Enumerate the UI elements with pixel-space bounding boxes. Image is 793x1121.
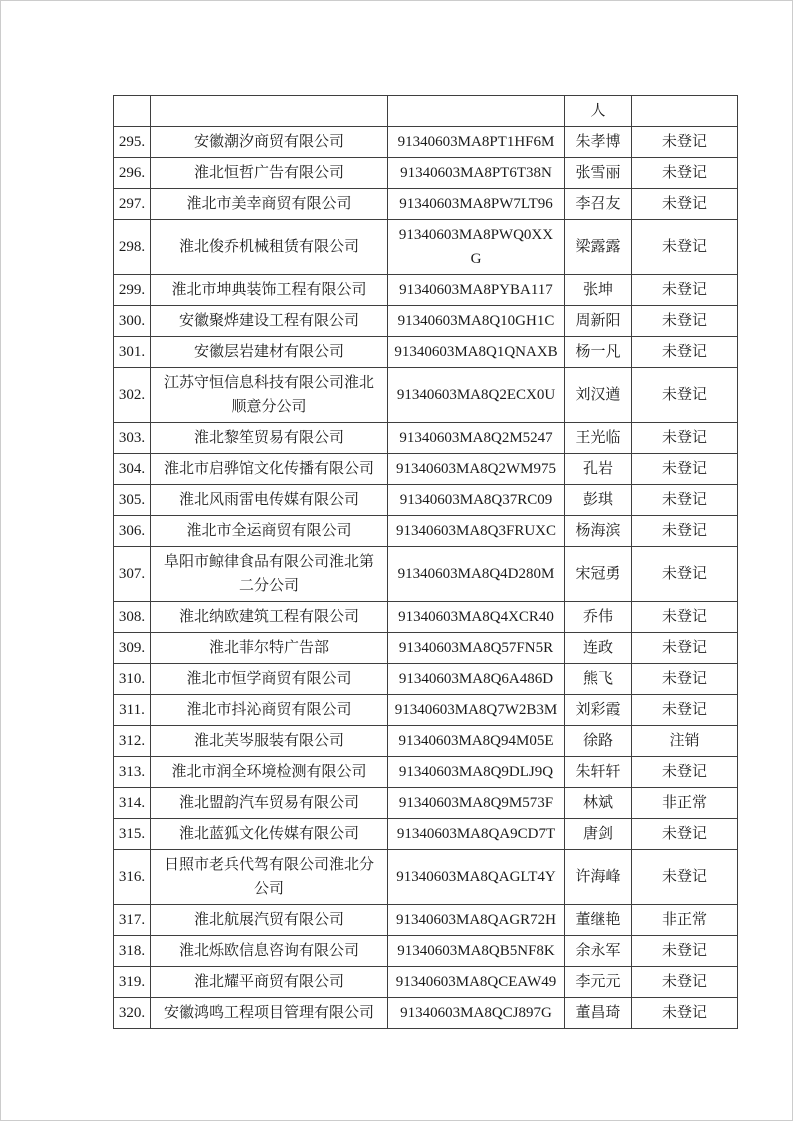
- registration-status: 非正常: [632, 788, 738, 819]
- table-row: 312. 淮北芙岑服装有限公司 91340603MA8Q94M05E 徐路 注销: [114, 726, 738, 757]
- row-number: 300.: [114, 306, 151, 337]
- legal-representative: 董昌琦: [565, 998, 632, 1029]
- row-number: 312.: [114, 726, 151, 757]
- document-page: 人 295. 安徽潮汐商贸有限公司 91340603MA8PT1HF6M 朱孝博…: [0, 0, 793, 1121]
- company-name: 淮北风雨雷电传媒有限公司: [151, 485, 388, 516]
- row-number: 296.: [114, 158, 151, 189]
- table-row: 304. 淮北市启骅馆文化传播有限公司 91340603MA8Q2WM975 孔…: [114, 454, 738, 485]
- table-row: 318. 淮北烁欧信息咨询有限公司 91340603MA8QB5NF8K 余永军…: [114, 936, 738, 967]
- row-number: 305.: [114, 485, 151, 516]
- registration-status: 未登记: [632, 695, 738, 726]
- header-cell-number: [114, 96, 151, 127]
- table-row: 300. 安徽聚烨建设工程有限公司 91340603MA8Q10GH1C 周新阳…: [114, 306, 738, 337]
- legal-representative: 周新阳: [565, 306, 632, 337]
- table-row: 315. 淮北蓝狐文化传媒有限公司 91340603MA8QA9CD7T 唐剑 …: [114, 819, 738, 850]
- registration-status: 未登记: [632, 158, 738, 189]
- company-name: 安徽层岩建材有限公司: [151, 337, 388, 368]
- header-cell-status: [632, 96, 738, 127]
- table-row: 299. 淮北市坤典装饰工程有限公司 91340603MA8PYBA117 张坤…: [114, 275, 738, 306]
- registration-status: 未登记: [632, 337, 738, 368]
- table-row: 311. 淮北市抖沁商贸有限公司 91340603MA8Q7W2B3M 刘彩霞 …: [114, 695, 738, 726]
- company-name: 淮北市美幸商贸有限公司: [151, 189, 388, 220]
- row-number: 301.: [114, 337, 151, 368]
- row-number: 302.: [114, 368, 151, 423]
- registration-status: 未登记: [632, 220, 738, 275]
- row-number: 297.: [114, 189, 151, 220]
- table-row: 319. 淮北耀平商贸有限公司 91340603MA8QCEAW49 李元元 未…: [114, 967, 738, 998]
- legal-representative: 余永军: [565, 936, 632, 967]
- credit-code: 91340603MA8QA9CD7T: [388, 819, 565, 850]
- row-number: 317.: [114, 905, 151, 936]
- credit-code: 91340603MA8Q10GH1C: [388, 306, 565, 337]
- credit-code: 91340603MA8Q57FN5R: [388, 633, 565, 664]
- registration-status: 未登记: [632, 275, 738, 306]
- registration-status: 未登记: [632, 547, 738, 602]
- registration-status: 未登记: [632, 423, 738, 454]
- row-number: 320.: [114, 998, 151, 1029]
- table-row: 295. 安徽潮汐商贸有限公司 91340603MA8PT1HF6M 朱孝博 未…: [114, 127, 738, 158]
- row-number: 313.: [114, 757, 151, 788]
- legal-representative: 王光临: [565, 423, 632, 454]
- company-name: 淮北盟韵汽车贸易有限公司: [151, 788, 388, 819]
- company-name: 淮北俊乔机械租赁有限公司: [151, 220, 388, 275]
- row-number: 299.: [114, 275, 151, 306]
- company-name: 淮北菲尔特广告部: [151, 633, 388, 664]
- row-number: 316.: [114, 850, 151, 905]
- credit-code: 91340603MA8PT1HF6M: [388, 127, 565, 158]
- row-number: 315.: [114, 819, 151, 850]
- legal-representative: 朱孝博: [565, 127, 632, 158]
- table-row: 297. 淮北市美幸商贸有限公司 91340603MA8PW7LT96 李召友 …: [114, 189, 738, 220]
- credit-code: 91340603MA8QAGLT4Y: [388, 850, 565, 905]
- company-name: 淮北耀平商贸有限公司: [151, 967, 388, 998]
- legal-representative: 董继艳: [565, 905, 632, 936]
- row-number: 319.: [114, 967, 151, 998]
- legal-representative: 张雪丽: [565, 158, 632, 189]
- legal-representative: 唐剑: [565, 819, 632, 850]
- table-row: 298. 淮北俊乔机械租赁有限公司 91340603MA8PWQ0XX G 梁露…: [114, 220, 738, 275]
- table-row: 317. 淮北航展汽贸有限公司 91340603MA8QAGR72H 董继艳 非…: [114, 905, 738, 936]
- company-name: 安徽聚烨建设工程有限公司: [151, 306, 388, 337]
- company-name: 淮北纳欧建筑工程有限公司: [151, 602, 388, 633]
- registration-status: 未登记: [632, 967, 738, 998]
- row-number: 311.: [114, 695, 151, 726]
- legal-representative: 梁露露: [565, 220, 632, 275]
- registration-status: 未登记: [632, 306, 738, 337]
- registration-status: 未登记: [632, 664, 738, 695]
- company-name: 阜阳市鲸律食品有限公司淮北第 二分公司: [151, 547, 388, 602]
- company-name: 淮北烁欧信息咨询有限公司: [151, 936, 388, 967]
- company-name: 淮北市恒学商贸有限公司: [151, 664, 388, 695]
- table-row: 313. 淮北市润全环境检测有限公司 91340603MA8Q9DLJ9Q 朱轩…: [114, 757, 738, 788]
- row-number: 306.: [114, 516, 151, 547]
- company-name: 江苏守恒信息科技有限公司淮北 顺意分公司: [151, 368, 388, 423]
- row-number: 310.: [114, 664, 151, 695]
- credit-code: 91340603MA8QAGR72H: [388, 905, 565, 936]
- row-number: 309.: [114, 633, 151, 664]
- row-number: 295.: [114, 127, 151, 158]
- credit-code: 91340603MA8PYBA117: [388, 275, 565, 306]
- legal-representative: 刘汉遒: [565, 368, 632, 423]
- registration-status: 未登记: [632, 454, 738, 485]
- company-name: 日照市老兵代驾有限公司淮北分 公司: [151, 850, 388, 905]
- row-number: 298.: [114, 220, 151, 275]
- row-number: 318.: [114, 936, 151, 967]
- registration-status: 未登记: [632, 127, 738, 158]
- credit-code: 91340603MA8QCJ897G: [388, 998, 565, 1029]
- credit-code: 91340603MA8QB5NF8K: [388, 936, 565, 967]
- registration-status: 注销: [632, 726, 738, 757]
- table-row: 302. 江苏守恒信息科技有限公司淮北 顺意分公司 91340603MA8Q2E…: [114, 368, 738, 423]
- table-row: 310. 淮北市恒学商贸有限公司 91340603MA8Q6A486D 熊飞 未…: [114, 664, 738, 695]
- registration-status: 未登记: [632, 757, 738, 788]
- credit-code: 91340603MA8Q94M05E: [388, 726, 565, 757]
- credit-code: 91340603MA8PW7LT96: [388, 189, 565, 220]
- credit-code: 91340603MA8Q3FRUXC: [388, 516, 565, 547]
- partial-header-row: 人: [114, 96, 738, 127]
- table-row: 308. 淮北纳欧建筑工程有限公司 91340603MA8Q4XCR40 乔伟 …: [114, 602, 738, 633]
- registration-status: 未登记: [632, 850, 738, 905]
- credit-code: 91340603MA8PT6T38N: [388, 158, 565, 189]
- legal-representative: 徐路: [565, 726, 632, 757]
- company-name: 安徽鸿鸣工程项目管理有限公司: [151, 998, 388, 1029]
- registration-status: 未登记: [632, 602, 738, 633]
- registration-status: 未登记: [632, 368, 738, 423]
- legal-representative: 张坤: [565, 275, 632, 306]
- legal-representative: 杨一凡: [565, 337, 632, 368]
- credit-code: 91340603MA8Q2M5247: [388, 423, 565, 454]
- header-cell-company: [151, 96, 388, 127]
- company-name: 淮北市润全环境检测有限公司: [151, 757, 388, 788]
- registration-status: 未登记: [632, 189, 738, 220]
- credit-code: 91340603MA8Q9DLJ9Q: [388, 757, 565, 788]
- credit-code: 91340603MA8Q6A486D: [388, 664, 565, 695]
- registration-status: 非正常: [632, 905, 738, 936]
- credit-code: 91340603MA8Q7W2B3M: [388, 695, 565, 726]
- credit-code: 91340603MA8QCEAW49: [388, 967, 565, 998]
- legal-representative: 孔岩: [565, 454, 632, 485]
- credit-code: 91340603MA8Q1QNAXB: [388, 337, 565, 368]
- legal-representative: 杨海滨: [565, 516, 632, 547]
- legal-representative: 宋冠勇: [565, 547, 632, 602]
- table-row: 307. 阜阳市鲸律食品有限公司淮北第 二分公司 91340603MA8Q4D2…: [114, 547, 738, 602]
- company-name: 安徽潮汐商贸有限公司: [151, 127, 388, 158]
- company-name: 淮北市启骅馆文化传播有限公司: [151, 454, 388, 485]
- company-name: 淮北市全运商贸有限公司: [151, 516, 388, 547]
- credit-code: 91340603MA8Q2WM975: [388, 454, 565, 485]
- row-number: 304.: [114, 454, 151, 485]
- company-registry-table: 人 295. 安徽潮汐商贸有限公司 91340603MA8PT1HF6M 朱孝博…: [113, 95, 738, 1029]
- company-name: 淮北市坤典装饰工程有限公司: [151, 275, 388, 306]
- registration-status: 未登记: [632, 485, 738, 516]
- legal-representative: 彭琪: [565, 485, 632, 516]
- credit-code: 91340603MA8PWQ0XX G: [388, 220, 565, 275]
- registration-status: 未登记: [632, 998, 738, 1029]
- table-row: 296. 淮北恒哲广告有限公司 91340603MA8PT6T38N 张雪丽 未…: [114, 158, 738, 189]
- row-number: 314.: [114, 788, 151, 819]
- credit-code: 91340603MA8Q4D280M: [388, 547, 565, 602]
- table-row: 320. 安徽鸿鸣工程项目管理有限公司 91340603MA8QCJ897G 董…: [114, 998, 738, 1029]
- registration-status: 未登记: [632, 819, 738, 850]
- registration-status: 未登记: [632, 516, 738, 547]
- table-row: 301. 安徽层岩建材有限公司 91340603MA8Q1QNAXB 杨一凡 未…: [114, 337, 738, 368]
- table-row: 305. 淮北风雨雷电传媒有限公司 91340603MA8Q37RC09 彭琪 …: [114, 485, 738, 516]
- row-number: 303.: [114, 423, 151, 454]
- credit-code: 91340603MA8Q37RC09: [388, 485, 565, 516]
- credit-code: 91340603MA8Q2ECX0U: [388, 368, 565, 423]
- company-name: 淮北航展汽贸有限公司: [151, 905, 388, 936]
- legal-representative: 刘彩霞: [565, 695, 632, 726]
- legal-representative: 李元元: [565, 967, 632, 998]
- header-cell-code: [388, 96, 565, 127]
- row-number: 307.: [114, 547, 151, 602]
- company-name: 淮北芙岑服装有限公司: [151, 726, 388, 757]
- company-name: 淮北蓝狐文化传媒有限公司: [151, 819, 388, 850]
- credit-code: 91340603MA8Q9M573F: [388, 788, 565, 819]
- legal-representative: 李召友: [565, 189, 632, 220]
- legal-representative: 林斌: [565, 788, 632, 819]
- header-cell-person: 人: [565, 96, 632, 127]
- legal-representative: 朱轩轩: [565, 757, 632, 788]
- row-number: 308.: [114, 602, 151, 633]
- registration-status: 未登记: [632, 633, 738, 664]
- legal-representative: 许海峰: [565, 850, 632, 905]
- credit-code: 91340603MA8Q4XCR40: [388, 602, 565, 633]
- company-name: 淮北黎笙贸易有限公司: [151, 423, 388, 454]
- legal-representative: 连政: [565, 633, 632, 664]
- legal-representative: 熊飞: [565, 664, 632, 695]
- legal-representative: 乔伟: [565, 602, 632, 633]
- table-row: 309. 淮北菲尔特广告部 91340603MA8Q57FN5R 连政 未登记: [114, 633, 738, 664]
- table-row: 303. 淮北黎笙贸易有限公司 91340603MA8Q2M5247 王光临 未…: [114, 423, 738, 454]
- registration-status: 未登记: [632, 936, 738, 967]
- table-row: 314. 淮北盟韵汽车贸易有限公司 91340603MA8Q9M573F 林斌 …: [114, 788, 738, 819]
- company-name: 淮北恒哲广告有限公司: [151, 158, 388, 189]
- company-name: 淮北市抖沁商贸有限公司: [151, 695, 388, 726]
- table-row: 316. 日照市老兵代驾有限公司淮北分 公司 91340603MA8QAGLT4…: [114, 850, 738, 905]
- table-row: 306. 淮北市全运商贸有限公司 91340603MA8Q3FRUXC 杨海滨 …: [114, 516, 738, 547]
